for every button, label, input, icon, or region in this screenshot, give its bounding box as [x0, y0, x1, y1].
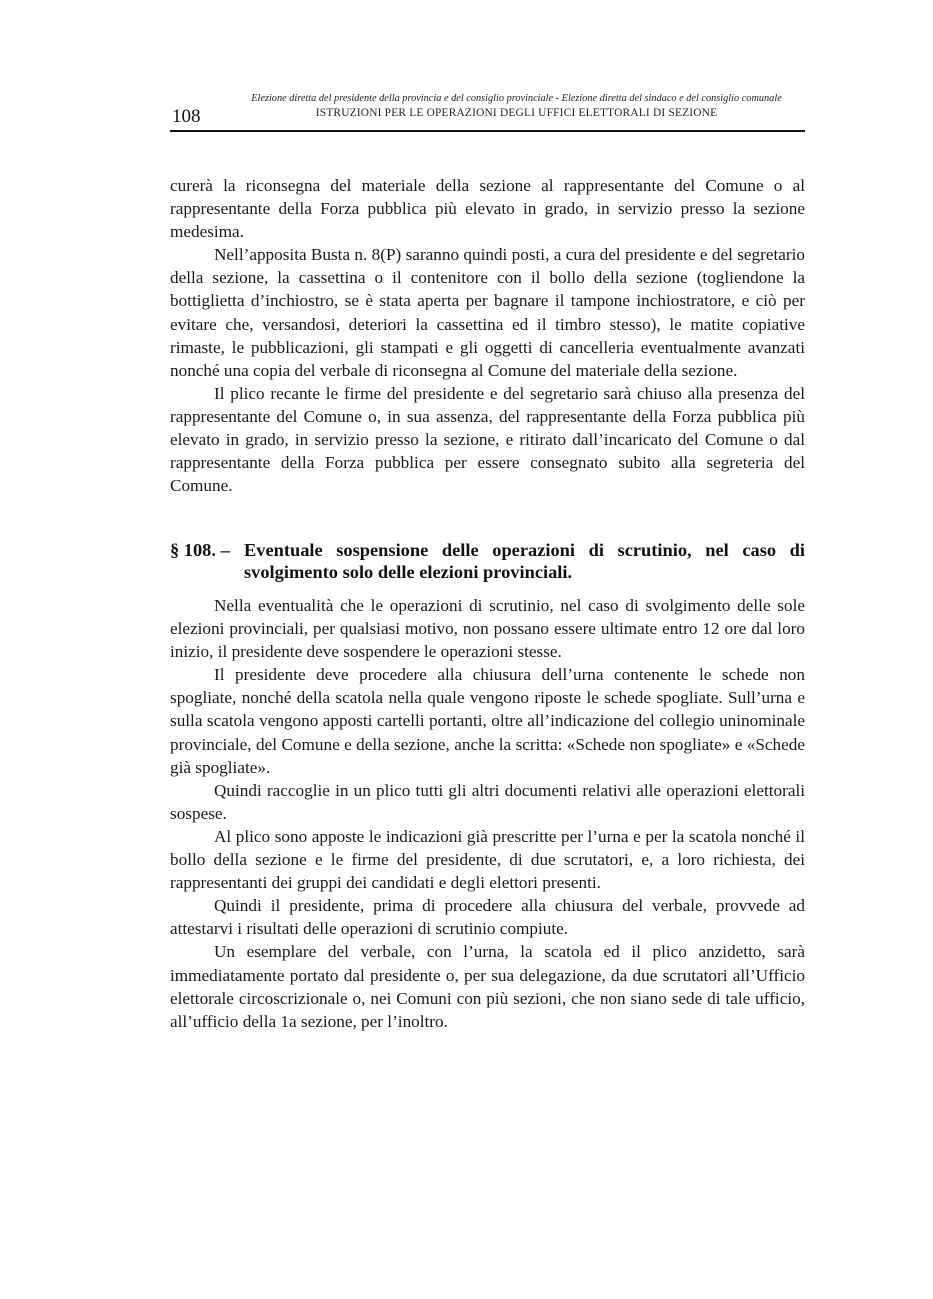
running-title: ISTRUZIONI PER LE OPERAZIONI DEGLI UFFIC…: [228, 106, 805, 120]
paragraph: Quindi raccoglie in un plico tutti gli a…: [170, 779, 805, 825]
paragraph: Nella eventualità che le operazioni di s…: [170, 594, 805, 663]
paragraph: Al plico sono apposte le indicazioni già…: [170, 825, 805, 894]
paragraph: Il presidente deve procedere alla chiusu…: [170, 663, 805, 778]
section-heading: § 108. – Eventuale sospensione delle ope…: [170, 540, 805, 583]
paragraph: Un esemplare del verbale, con l’urna, la…: [170, 940, 805, 1032]
paragraph: Quindi il presidente, prima di procedere…: [170, 894, 805, 940]
paragraph: curerà la riconsegna del materiale della…: [170, 174, 805, 243]
section-body: Nella eventualità che le operazioni di s…: [170, 594, 805, 1033]
page-header: 108 Elezione diretta del presidente dell…: [170, 92, 805, 132]
running-title-subtitle: Elezione diretta del presidente della pr…: [228, 92, 805, 105]
page-number: 108: [172, 106, 201, 128]
body-text: curerà la riconsegna del materiale della…: [170, 174, 805, 497]
section-number: § 108. –: [170, 540, 244, 562]
paragraph: Nell’apposita Busta n. 8(P) saranno quin…: [170, 243, 805, 382]
paragraph: Il plico recante le firme del presidente…: [170, 382, 805, 497]
section-title: Eventuale sospensione delle operazioni d…: [244, 540, 805, 583]
